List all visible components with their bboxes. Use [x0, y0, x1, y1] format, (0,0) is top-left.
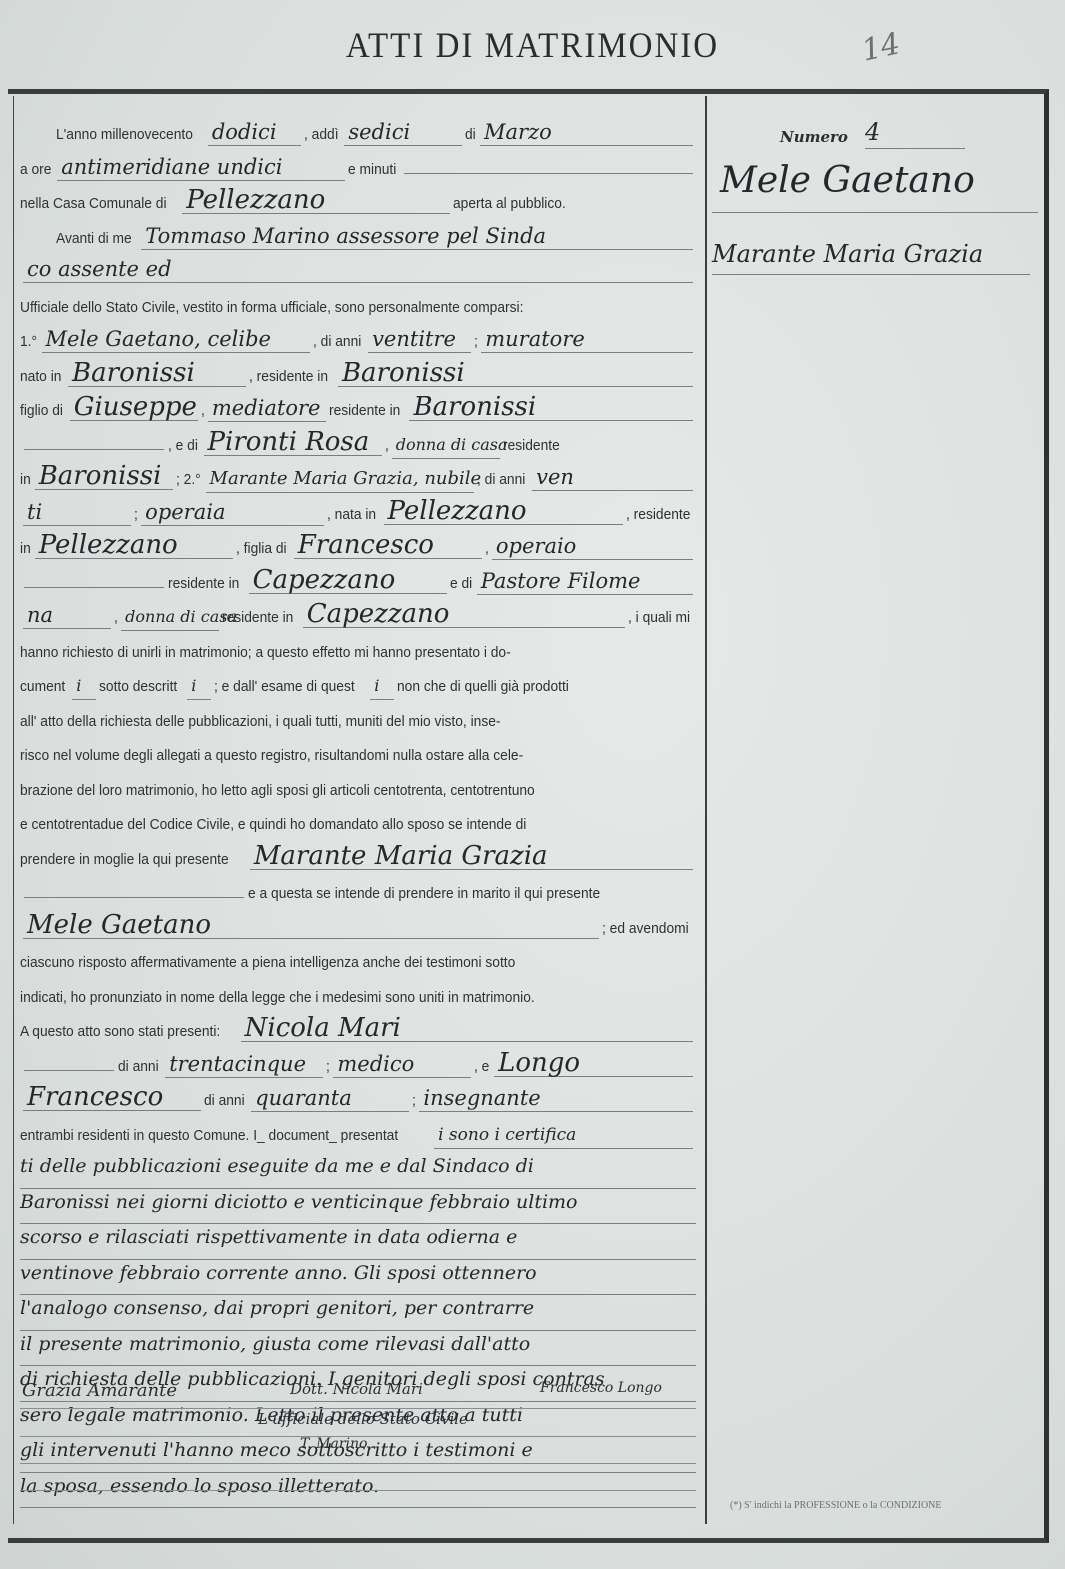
printed-text: ;: [134, 498, 138, 533]
line-2: a ore antimeridiane undici e minuti: [20, 153, 696, 188]
line-19: risco nel volume degli allegati a questo…: [20, 739, 696, 774]
groom-birthplace-field: Baronissi: [68, 360, 246, 387]
bride-mother-residence-field: Capezzano: [303, 601, 626, 628]
line-6: Ufficiale dello Stato Civile, vestito in…: [20, 291, 696, 326]
printed-text: in: [20, 463, 31, 498]
printed-text: in: [20, 532, 31, 567]
officiant-field: Tommaso Marino assessore pel Sinda: [141, 223, 693, 250]
record-body: L'anno millenovecento dodici , addì sedi…: [20, 118, 696, 1508]
printed-text: a ore: [20, 153, 51, 188]
line-26: indicati, ho pronunziato in nome della l…: [20, 981, 696, 1016]
plural-suffix: i: [72, 673, 96, 700]
line-10: , e di Pironti Rosa , donna di casa resi…: [20, 429, 696, 464]
printed-text: , i quali mi: [628, 601, 690, 636]
printed-text: brazione del loro matrimonio, ho letto a…: [20, 774, 535, 809]
line-28: di anni trentacinque ; medico , e Longo: [20, 1050, 696, 1085]
line-22: prendere in moglie la qui presente Maran…: [20, 843, 696, 878]
bride-name-margin: Marante Maria Grazia: [712, 240, 1030, 275]
bride-father-residence-field: Capezzano: [249, 567, 447, 594]
printed-text: , residente: [626, 498, 690, 533]
groom-profession-field: muratore: [481, 326, 693, 353]
witness2-profession-field: insegnante: [419, 1085, 693, 1112]
bride-mother-field: Pastore Filome: [477, 568, 693, 595]
printed-text: A questo atto sono stati presenti:: [20, 1015, 220, 1050]
bride-father-profession-field: operaio: [492, 533, 693, 560]
witness2-surname-field: Longo: [494, 1050, 693, 1077]
printed-text: residente: [503, 429, 560, 464]
printed-text: Avanti di me: [56, 222, 132, 257]
printed-text: all' atto della richiesta delle pubblica…: [20, 705, 501, 740]
groom-name-repeat-field: Mele Gaetano: [23, 912, 599, 939]
handwritten-text: l'analogo consenso, dai propri genitori,…: [20, 1295, 534, 1321]
minutes-field: [404, 173, 693, 174]
signature-rule: [20, 1408, 696, 1409]
officer-title: L'ufficiale dello Stato Civile: [258, 1410, 468, 1428]
printed-text: ; ed avendomi: [602, 912, 689, 947]
printed-text: e centotrentadue del Codice Civile, e qu…: [20, 808, 526, 843]
handwritten-line: ventinove febbraio corrente anno. Gli sp…: [20, 1260, 696, 1296]
printed-text: aperta al pubblico.: [453, 187, 566, 222]
printed-text: residente in: [168, 567, 239, 602]
signature-rule: [20, 1490, 696, 1491]
printed-text: sotto descritt: [99, 670, 177, 705]
bride-mother-field-cont: na: [23, 602, 111, 629]
column-divider: [705, 96, 707, 1524]
groom-name-margin: Mele Gaetano: [712, 160, 1038, 213]
printed-text: , di anni: [313, 325, 361, 360]
printed-text: ;: [412, 1084, 416, 1119]
hour-field: antimeridiane undici: [57, 154, 345, 181]
printed-text: , residente in: [249, 360, 328, 395]
printed-text: , figlia di: [236, 532, 287, 567]
line-14: residente in Capezzano e di Pastore Filo…: [20, 567, 696, 602]
page-title: ATTI DI MATRIMONIO: [0, 27, 1065, 67]
handwritten-text: ti delle pubblicazioni eseguite da me e …: [20, 1153, 534, 1179]
printed-text: ,: [114, 601, 118, 636]
printed-text: risco nel volume degli allegati a questo…: [20, 739, 523, 774]
printed-text: di: [465, 118, 476, 153]
printed-text: di anni: [204, 1084, 245, 1119]
line-16: hanno richiesto di unirli in matrimonio;…: [20, 636, 696, 671]
numero-label: Numero: [780, 128, 848, 146]
bride-age-field: ven: [532, 464, 693, 491]
printed-text: e minuti: [348, 153, 396, 188]
year-field: dodici: [208, 119, 301, 146]
witness2-age-field: quaranta: [251, 1085, 409, 1112]
printed-text: , e: [474, 1050, 489, 1085]
groom-residence-field: Baronissi: [338, 360, 693, 387]
printed-text: entrambi residenti in questo Comune. I_ …: [20, 1119, 398, 1154]
handwritten-text: Baronissi nei giorni diciotto e venticin…: [20, 1189, 578, 1215]
printed-text: prendere in moglie la qui presente: [20, 843, 229, 878]
numero-value: 4: [865, 118, 965, 149]
witness1-signature: Dott. Nicola Mari: [290, 1380, 423, 1398]
line-11: in Baronissi ; 2.° Marante Maria Grazia,…: [20, 463, 696, 498]
blank-field: [24, 429, 164, 450]
handwritten-text: ventinove febbraio corrente anno. Gli sp…: [20, 1260, 537, 1286]
bride-mother-profession-field: donna di casa: [121, 604, 219, 631]
handwritten-line: l'analogo consenso, dai propri genitori,…: [20, 1295, 696, 1331]
line-20: brazione del loro matrimonio, ho letto a…: [20, 774, 696, 809]
printed-text: , nata in: [327, 498, 376, 533]
line-27: A questo atto sono stati presenti: Nicol…: [20, 1015, 696, 1050]
printed-text: non che di quelli già prodotti: [397, 670, 569, 705]
handwritten-line: Baronissi nei giorni diciotto e venticin…: [20, 1189, 696, 1225]
groom-mother-field: Pironti Rosa: [204, 429, 382, 456]
printed-text: cument: [20, 670, 65, 705]
line-4: Avanti di me Tommaso Marino assessore pe…: [20, 222, 696, 257]
printed-text: ,: [201, 394, 205, 429]
handwritten-text: scorso e rilasciati rispettivamente in d…: [20, 1224, 517, 1250]
bride-father-field: Francesco: [294, 532, 482, 559]
officiant-field-cont: co assente ed: [23, 256, 693, 283]
line-12: ti ; operaia , nata in Pellezzano , resi…: [20, 498, 696, 533]
printed-text: , di anni: [477, 463, 525, 498]
documents-field: i sono i certifica: [434, 1122, 693, 1149]
handwritten-line: ti delle pubblicazioni eseguite da me e …: [20, 1153, 696, 1189]
printed-text: nato in: [20, 360, 61, 395]
printed-text: residente in: [329, 394, 400, 429]
line-8: nato in Baronissi , residente in Baronis…: [20, 360, 696, 395]
line-3: nella Casa Comunale di Pellezzano aperta…: [20, 187, 696, 222]
groom-father-residence-field: Baronissi: [409, 394, 693, 421]
printed-text: figlio di: [20, 394, 63, 429]
line-21: e centotrentadue del Codice Civile, e qu…: [20, 808, 696, 843]
bride-age-field-cont: ti: [23, 499, 131, 526]
witness1-name-field: Nicola Mari: [241, 1015, 693, 1042]
day-field: sedici: [344, 119, 462, 146]
printed-text: ; e dall' esame di quest: [214, 670, 355, 705]
printed-text: e di: [450, 567, 472, 602]
footnote: (*) S' indichi la PROFESSIONE o la CONDI…: [730, 1500, 942, 1511]
printed-text: 1.°: [20, 325, 37, 360]
line-1: L'anno millenovecento dodici , addì sedi…: [20, 118, 696, 153]
printed-text: ;: [474, 325, 478, 360]
line-9: figlio di Giuseppe , mediatore residente…: [20, 394, 696, 429]
plural-suffix: i: [370, 673, 394, 700]
commune-field: Pellezzano: [182, 187, 450, 214]
bride-profession-field: operaia: [141, 499, 324, 526]
groom-mother-profession-field: donna di casa: [392, 432, 500, 459]
line-17: cument i sotto descritt i ; e dall' esam…: [20, 670, 696, 705]
line-30: entrambi residenti in questo Comune. I_ …: [20, 1119, 696, 1154]
line-24: Mele Gaetano ; ed avendomi: [20, 912, 696, 947]
line-5: co assente ed: [20, 256, 696, 291]
witness2-name-field: Francesco: [23, 1084, 201, 1111]
frame-left-rule: [13, 96, 14, 1524]
handwritten-text: la sposa, essendo lo sposo illetterato.: [20, 1473, 379, 1499]
line-18: all' atto della richiesta delle pubblica…: [20, 705, 696, 740]
printed-text: e a questa se intende di prendere in mar…: [248, 877, 600, 912]
line-23: e a questa se intende di prendere in mar…: [20, 877, 696, 912]
printed-text: indicati, ho pronunziato in nome della l…: [20, 981, 535, 1016]
bride-name-repeat-field: Marante Maria Grazia: [250, 843, 693, 870]
printed-text: hanno richiesto di unirli in matrimonio;…: [20, 636, 511, 671]
printed-text: , e di: [168, 429, 198, 464]
line-13: in Pellezzano , figlia di Francesco , op…: [20, 532, 696, 567]
bride-name-field: Marante Maria Grazia, nubile: [206, 466, 474, 493]
handwritten-line: scorso e rilasciati rispettivamente in d…: [20, 1224, 696, 1260]
groom-father-field: Giuseppe: [70, 394, 198, 421]
blank-field: [24, 877, 244, 898]
line-7: 1.° Mele Gaetano, celibe , di anni venti…: [20, 325, 696, 360]
line-29: Francesco di anni quaranta ; insegnante: [20, 1084, 696, 1119]
blank-field: [24, 567, 164, 588]
printed-text: nella Casa Comunale di: [20, 187, 167, 222]
witness1-age-field: trentacinque: [165, 1051, 323, 1078]
signature-rule: [20, 1463, 696, 1464]
handwritten-line: il presente matrimonio, giusta come rile…: [20, 1331, 696, 1367]
blank-field: [24, 1050, 114, 1071]
groom-mother-residence-field: Baronissi: [35, 463, 173, 490]
printed-text: L'anno millenovecento: [56, 118, 193, 153]
groom-name-field: Mele Gaetano, celibe: [42, 326, 310, 353]
handwritten-text: gli intervenuti l'hanno meco sottoscritt…: [20, 1437, 533, 1463]
printed-text: ; 2.°: [176, 463, 201, 498]
witness1-profession-field: medico: [333, 1051, 471, 1078]
groom-father-profession-field: mediatore: [208, 395, 326, 422]
printed-text: residente in: [222, 601, 293, 636]
witness2-signature: Francesco Longo: [540, 1380, 662, 1396]
bride-signature: Grazia Amarante: [22, 1380, 177, 1401]
handwritten-text: il presente matrimonio, giusta come rile…: [20, 1331, 530, 1357]
printed-text: Ufficiale dello Stato Civile, vestito in…: [20, 291, 523, 326]
printed-text: ;: [326, 1050, 330, 1085]
printed-text: ,: [485, 532, 489, 567]
printed-text: , addì: [304, 118, 339, 153]
line-15: na , donna di casa residente in Capezzan…: [20, 601, 696, 636]
printed-text: ciascuno risposto affermativamente a pie…: [20, 946, 515, 981]
line-25: ciascuno risposto affermativamente a pie…: [20, 946, 696, 981]
printed-text: di anni: [118, 1050, 159, 1085]
plural-suffix: i: [187, 673, 211, 700]
bride-birthplace-field: Pellezzano: [384, 498, 623, 525]
groom-age-field: ventitre: [368, 326, 471, 353]
month-field: Marzo: [480, 119, 693, 146]
printed-text: ,: [385, 429, 389, 464]
officer-signature: T. Marino: [300, 1436, 367, 1452]
bride-residence-field: Pellezzano: [35, 532, 233, 559]
